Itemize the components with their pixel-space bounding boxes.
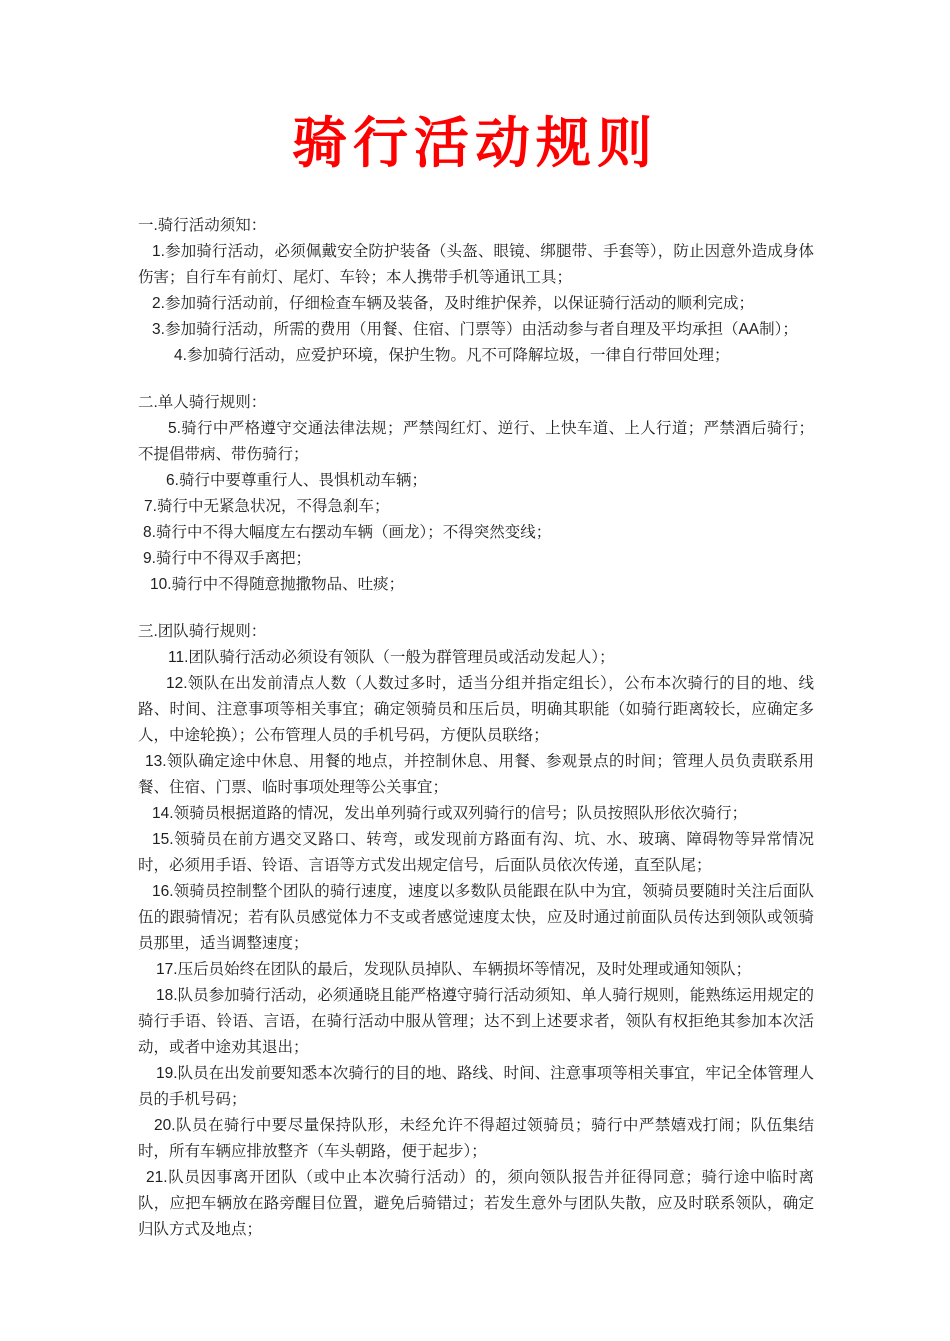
- rule-number: 1.: [152, 243, 165, 260]
- rule-text: 队员在骑行中要尽量保持队形，未经允许不得超过领骑员；骑行中严禁嬉戏打闹；队伍集结…: [138, 1117, 814, 1160]
- rule-text: 骑行中不得随意抛撒物品、吐痰；: [172, 576, 405, 593]
- rule-text: 队员参加骑行活动，必须通晓且能严格遵守骑行活动须知、单人骑行规则，能熟练运用规定…: [138, 987, 814, 1056]
- rule-number: 17.: [156, 961, 178, 978]
- rule-text: 参加骑行活动，应爱护环境，保护生物。凡不可降解垃圾，一律自行带回处理；: [187, 347, 730, 364]
- rule-item: 6.骑行中要尊重行人、畏惧机动车辆；: [138, 468, 814, 494]
- rule-item: 13.领队确定途中休息、用餐的地点，并控制休息、用餐、参观景点的时间；管理人员负…: [138, 749, 814, 801]
- rule-text: 参加骑行活动，必须佩戴安全防护装备（头盔、眼镜、绑腿带、手套等），防止因意外造成…: [138, 243, 814, 286]
- rule-item: 9.骑行中不得双手离把；: [138, 546, 814, 572]
- rule-text: 团队骑行活动必须设有领队（一般为群管理员或活动发起人）；: [188, 649, 614, 666]
- rule-item: 17.压后员始终在团队的最后，发现队员掉队、车辆损坏等情况，及时处理或通知领队；: [138, 957, 814, 983]
- rule-text: 领骑员在前方遇交叉路口、转弯，或发现前方路面有沟、坑、水、玻璃、障碍物等异常情况…: [138, 831, 814, 874]
- rule-text: 参加骑行活动，所需的费用（用餐、住宿、门票等）由活动参与者自理及平均承担（AA制…: [165, 321, 798, 338]
- rule-text: 队员因事离开团队（或中止本次骑行活动）的，须向领队报告并征得同意；骑行途中临时离…: [138, 1169, 814, 1238]
- rule-item: 20.队员在骑行中要尽量保持队形，未经允许不得超过领骑员；骑行中严禁嬉戏打闹；队…: [138, 1113, 814, 1165]
- rule-number: 4.: [174, 347, 187, 364]
- rule-number: 20.: [154, 1117, 176, 1134]
- rule-number: 21.: [146, 1169, 168, 1186]
- rule-item: 11.团队骑行活动必须设有领队（一般为群管理员或活动发起人）；: [138, 645, 814, 671]
- document-body: 一.骑行活动须知：1.参加骑行活动，必须佩戴安全防护装备（头盔、眼镜、绑腿带、手…: [138, 213, 814, 1243]
- rule-text: 压后员始终在团队的最后，发现队员掉队、车辆损坏等情况，及时处理或通知领队；: [178, 961, 752, 978]
- rule-item: 2.参加骑行活动前，仔细检查车辆及装备，及时维护保养，以保证骑行活动的顺利完成；: [138, 291, 814, 317]
- section: 三.团队骑行规则：11.团队骑行活动必须设有领队（一般为群管理员或活动发起人）；…: [138, 619, 814, 1243]
- rule-text: 领骑员根据道路的情况，发出单列骑行或双列骑行的信号；队员按照队形依次骑行；: [174, 805, 748, 822]
- rule-number: 9.: [143, 550, 156, 567]
- rule-number: 14.: [152, 805, 174, 822]
- rule-item: 18.队员参加骑行活动，必须通晓且能严格遵守骑行活动须知、单人骑行规则，能熟练运…: [138, 983, 814, 1061]
- rule-item: 1.参加骑行活动，必须佩戴安全防护装备（头盔、眼镜、绑腿带、手套等），防止因意外…: [138, 239, 814, 291]
- rule-number: 3.: [152, 321, 165, 338]
- page-title: 骑行活动规则: [0, 114, 950, 172]
- rule-number: 12.: [166, 675, 188, 692]
- rule-number: 15.: [152, 831, 174, 848]
- rule-text: 骑行中要尊重行人、畏惧机动车辆；: [179, 472, 427, 489]
- rule-number: 2.: [152, 295, 165, 312]
- rule-number: 16.: [152, 883, 174, 900]
- rule-item: 5.骑行中严格遵守交通法律法规；严禁闯红灯、逆行、上快车道、上人行道；严禁酒后骑…: [138, 416, 814, 468]
- rule-number: 10.: [150, 576, 172, 593]
- rule-number: 8.: [143, 524, 156, 541]
- rule-text: 骑行中无紧急状况，不得急刹车；: [157, 498, 390, 515]
- rule-text: 骑行中严格遵守交通法律法规；严禁闯红灯、逆行、上快车道、上人行道；严禁酒后骑行；…: [138, 420, 814, 463]
- rule-number: 13.: [145, 753, 167, 770]
- rule-number: 7.: [144, 498, 157, 515]
- section: 二.单人骑行规则：5.骑行中严格遵守交通法律法规；严禁闯红灯、逆行、上快车道、上…: [138, 390, 814, 598]
- section: 一.骑行活动须知：1.参加骑行活动，必须佩戴安全防护装备（头盔、眼镜、绑腿带、手…: [138, 213, 814, 369]
- section-heading: 二.单人骑行规则：: [138, 390, 814, 416]
- rule-item: 14.领骑员根据道路的情况，发出单列骑行或双列骑行的信号；队员按照队形依次骑行；: [138, 801, 814, 827]
- rule-item: 10.骑行中不得随意抛撒物品、吐痰；: [138, 572, 814, 598]
- rule-number: 11.: [168, 649, 188, 666]
- rule-item: 21.队员因事离开团队（或中止本次骑行活动）的，须向领队报告并征得同意；骑行途中…: [138, 1165, 814, 1243]
- rule-item: 15.领骑员在前方遇交叉路口、转弯，或发现前方路面有沟、坑、水、玻璃、障碍物等异…: [138, 827, 814, 879]
- rule-number: 18.: [156, 987, 178, 1004]
- rule-item: 7.骑行中无紧急状况，不得急刹车；: [138, 494, 814, 520]
- rule-text: 骑行中不得双手离把；: [156, 550, 311, 567]
- rule-item: 12.领队在出发前清点人数（人数过多时，适当分组并指定组长），公布本次骑行的目的…: [138, 671, 814, 749]
- rule-number: 5.: [168, 420, 181, 437]
- rule-item: 3.参加骑行活动，所需的费用（用餐、住宿、门票等）由活动参与者自理及平均承担（A…: [138, 317, 814, 343]
- document-page: 骑行活动规则 一.骑行活动须知：1.参加骑行活动，必须佩戴安全防护装备（头盔、眼…: [0, 0, 950, 1341]
- rule-item: 4.参加骑行活动，应爱护环境，保护生物。凡不可降解垃圾，一律自行带回处理；: [138, 343, 814, 369]
- rule-item: 19.队员在出发前要知悉本次骑行的目的地、路线、时间、注意事项等相关事宜，牢记全…: [138, 1061, 814, 1113]
- rule-text: 参加骑行活动前，仔细检查车辆及装备，及时维护保养，以保证骑行活动的顺利完成；: [165, 295, 754, 312]
- rule-item: 8.骑行中不得大幅度左右摆动车辆（画龙）；不得突然变线；: [138, 520, 814, 546]
- rule-number: 19.: [156, 1065, 178, 1082]
- rule-number: 6.: [166, 472, 179, 489]
- rule-text: 领队确定途中休息、用餐的地点，并控制休息、用餐、参观景点的时间；管理人员负责联系…: [138, 753, 814, 796]
- rule-text: 队员在出发前要知悉本次骑行的目的地、路线、时间、注意事项等相关事宜，牢记全体管理…: [138, 1065, 814, 1108]
- rule-text: 骑行中不得大幅度左右摆动车辆（画龙）；不得突然变线；: [156, 524, 551, 541]
- rule-text: 领骑员控制整个团队的骑行速度，速度以多数队员能跟在队中为宜，领骑员要随时关注后面…: [138, 883, 814, 952]
- rule-text: 领队在出发前清点人数（人数过多时，适当分组并指定组长），公布本次骑行的目的地、线…: [138, 675, 814, 744]
- rule-item: 16.领骑员控制整个团队的骑行速度，速度以多数队员能跟在队中为宜，领骑员要随时关…: [138, 879, 814, 957]
- section-heading: 三.团队骑行规则：: [138, 619, 814, 645]
- section-heading: 一.骑行活动须知：: [138, 213, 814, 239]
